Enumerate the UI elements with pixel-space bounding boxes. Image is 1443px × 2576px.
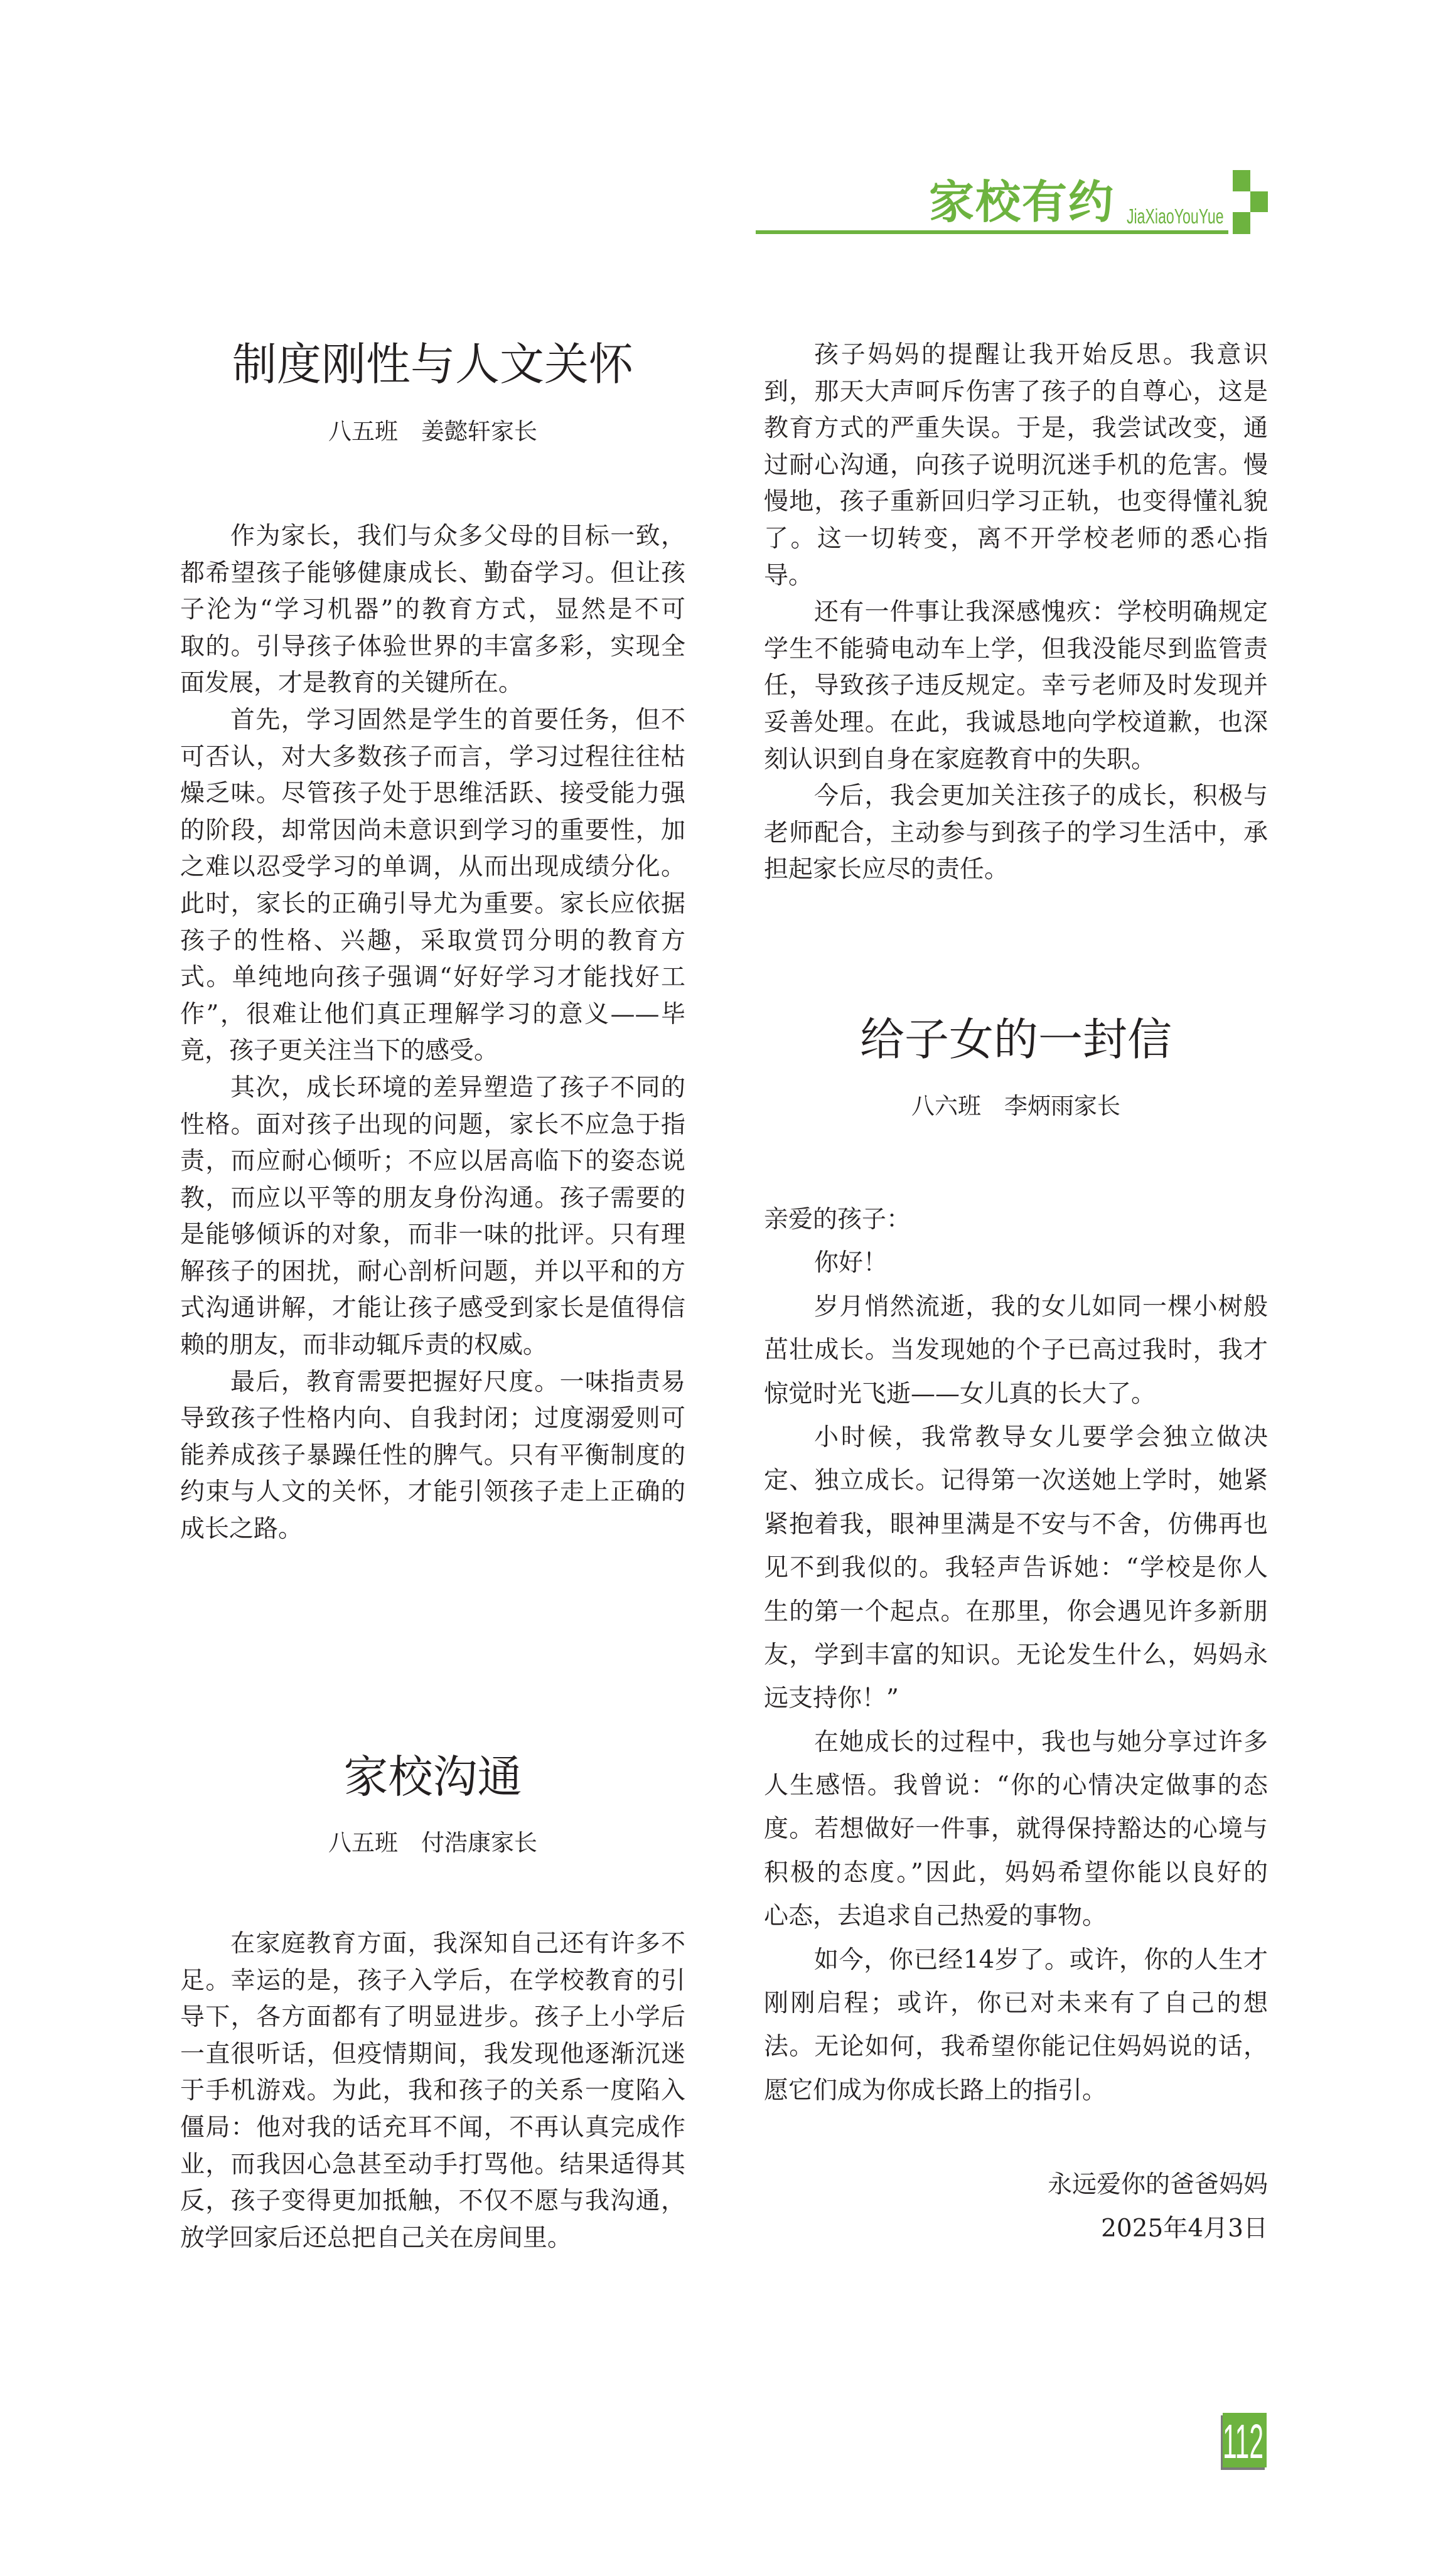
body-line: 僵局：他对我的话充耳不闻，不再认真完成作 bbox=[180, 2110, 685, 2147]
body-line: 最后，教育需要把握好尺度。一味指责易 bbox=[180, 1364, 685, 1401]
body-line: 作”，很难让他们真正理解学习的意义——毕 bbox=[180, 997, 685, 1034]
body-line: 生的第一个起点。在那里，你会遇见许多新朋 bbox=[764, 1590, 1268, 1633]
body-line: 如今，你已经14岁了。或许，你的人生才 bbox=[764, 1938, 1268, 1982]
paragraph: 今后，我会更加关注孩子的成长，积极与 老师配合，主动参与到孩子的学习生活中，承 … bbox=[764, 778, 1268, 889]
body-line: 愿它们成为你成长路上的指引。 bbox=[764, 2069, 1268, 2112]
page-number: 112 bbox=[1223, 2415, 1265, 2467]
header-rule bbox=[756, 230, 1228, 234]
body-line: 茁壮成长。当发现她的个子已高过我时，我才 bbox=[764, 1328, 1268, 1372]
body-line: 积极的态度。”因此，妈妈希望你能以良好的 bbox=[764, 1851, 1268, 1895]
body-line: 学生不能骑电动车上学，但我没能尽到监管责 bbox=[764, 631, 1268, 668]
body-line: 性格。面对孩子出现的问题，家长不应急于指 bbox=[180, 1107, 685, 1144]
body-line: 足。幸运的是，孩子入学后，在学校教育的引 bbox=[180, 1963, 685, 2000]
body-line: 友，学到丰富的知识。无论发生什么，妈妈永 bbox=[764, 1633, 1268, 1677]
body-line: 的阶段，却常因尚未意识到学习的重要性，加 bbox=[180, 813, 685, 850]
paragraph: 在她成长的过程中，我也与她分享过许多 人生感悟。我曾说：“你的心情决定做事的态 … bbox=[764, 1721, 1268, 1938]
body-line: 其次，成长环境的差异塑造了孩子不同的 bbox=[180, 1070, 685, 1107]
body-line: 教育方式的严重失误。于是，我尝试改变，通 bbox=[764, 410, 1268, 447]
body-line: 慢地，孩子重新回归学习正轨，也变得懂礼貌 bbox=[764, 484, 1268, 521]
body-line: 于手机游戏。为此，我和孩子的关系一度陷入 bbox=[180, 2073, 685, 2110]
article-byline: 八六班 李炳雨家长 bbox=[764, 1091, 1268, 1122]
page-number-badge: 112 bbox=[1223, 2413, 1267, 2467]
body-line: 老师配合，主动参与到孩子的学习生活中，承 bbox=[764, 815, 1268, 852]
article-byline: 八五班 付浩康家长 bbox=[180, 1827, 685, 1859]
body-line: 约束与人文的关怀，才能引领孩子走上正确的 bbox=[180, 1474, 685, 1511]
article-title: 家校沟通 bbox=[180, 1749, 685, 1805]
section-title: 家校有约 bbox=[929, 176, 1115, 228]
body-line: 式沟通讲解，才能让孩子感受到家长是值得信 bbox=[180, 1290, 685, 1327]
paragraph: 如今，你已经14岁了。或许，你的人生才 刚刚启程；或许，你已对未来有了自己的想 … bbox=[764, 1938, 1268, 2113]
body-line: 今后，我会更加关注孩子的成长，积极与 bbox=[764, 778, 1268, 815]
body-line: 教，而应以平等的朋友身份沟通。孩子需要的 bbox=[180, 1180, 685, 1217]
article-body: 在家庭教育方面，我深知自己还有许多不 足。幸运的是，孩子入学后，在学校教育的引 … bbox=[180, 1926, 685, 2257]
body-line: 业，而我因心急甚至动手打骂他。结果适得其 bbox=[180, 2147, 685, 2184]
body-line: 导致孩子性格内向、自我封闭；过度溺爱则可 bbox=[180, 1401, 685, 1438]
decor-square-icon bbox=[1233, 170, 1250, 191]
letter-greeting: 你好！ bbox=[764, 1241, 1268, 1285]
body-line: 首先，学习固然是学生的首要任务，但不 bbox=[180, 702, 685, 739]
body-line: 孩子妈妈的提醒让我开始反思。我意识 bbox=[764, 337, 1268, 374]
body-line: 一直很听话，但疫情期间，我发现他逐渐沉迷 bbox=[180, 2036, 685, 2073]
paragraph: 孩子妈妈的提醒让我开始反思。我意识 到，那天大声呵斥伤害了孩子的自尊心，这是 教… bbox=[764, 337, 1268, 594]
body-line: 妥善处理。在此，我诚恳地向学校道歉，也深 bbox=[764, 705, 1268, 742]
body-line: 反，孩子变得更加抵触，不仅不愿与我沟通， bbox=[180, 2183, 685, 2220]
body-line: 燥乏味。尽管孩子处于思维活跃、接受能力强 bbox=[180, 776, 685, 813]
article-body-continued: 孩子妈妈的提醒让我开始反思。我意识 到，那天大声呵斥伤害了孩子的自尊心，这是 教… bbox=[764, 337, 1268, 889]
body-line: 是能够倾诉的对象，而非一味的批评。只有理 bbox=[180, 1217, 685, 1254]
body-line: 都希望孩子能够健康成长、勤奋学习。但让孩 bbox=[180, 555, 685, 592]
body-line: 担起家长应尽的责任。 bbox=[764, 852, 1268, 889]
body-line: 度。若想做好一件事，就得保持豁达的心境与 bbox=[764, 1807, 1268, 1851]
paragraph: 小时候，我常教导女儿要学会独立做决 定、独立成长。记得第一次送她上学时，她紧 紧… bbox=[764, 1416, 1268, 1721]
body-line: 远支持你！” bbox=[764, 1677, 1268, 1720]
body-line: 心态，去追求自己热爱的事物。 bbox=[764, 1895, 1268, 1938]
paragraph: 首先，学习固然是学生的首要任务，但不 可否认，对大多数孩子而言，学习过程往往枯 … bbox=[180, 702, 685, 1070]
body-line: 此时，家长的正确引导尤为重要。家长应依据 bbox=[180, 886, 685, 923]
body-line: 责，而应耐心倾听；不应以居高临下的姿态说 bbox=[180, 1143, 685, 1180]
body-line: 过耐心沟通，向孩子说明沉迷手机的危害。慢 bbox=[764, 447, 1268, 484]
paragraph: 其次，成长环境的差异塑造了孩子不同的 性格。面对孩子出现的问题，家长不应急于指 … bbox=[180, 1070, 685, 1364]
body-line: 人生感悟。我曾说：“你的心情决定做事的态 bbox=[764, 1764, 1268, 1807]
body-line: 任，导致孩子违反规定。幸亏老师及时发现并 bbox=[764, 668, 1268, 705]
body-line: 导下，各方面都有了明显进步。孩子上小学后 bbox=[180, 1999, 685, 2036]
body-line: 之难以忍受学习的单调，从而出现成绩分化。 bbox=[180, 849, 685, 886]
decor-square-icon bbox=[1250, 191, 1268, 212]
body-line: 成长之路。 bbox=[180, 1511, 685, 1548]
paragraph: 你好！ bbox=[764, 1241, 1268, 1285]
decor-square-icon bbox=[1233, 212, 1250, 234]
paragraph: 作为家长，我们与众多父母的目标一致， 都希望孩子能够健康成长、勤奋学习。但让孩 … bbox=[180, 518, 685, 702]
body-line: 取的。引导孩子体验世界的丰富多彩，实现全 bbox=[180, 629, 685, 666]
letter-date: 2025年4月3日 bbox=[764, 2207, 1268, 2251]
section-pinyin: JiaXiaoYouYue bbox=[1127, 206, 1224, 227]
paragraph: 还有一件事让我深感愧疚：学校明确规定 学生不能骑电动车上学，但我没能尽到监管责 … bbox=[764, 594, 1268, 778]
letter-closing: 永远爱你的爸爸妈妈 2025年4月3日 bbox=[764, 2163, 1268, 2251]
body-line: 惊觉时光飞逝——女儿真的长大了。 bbox=[764, 1372, 1268, 1416]
body-line: 定、独立成长。记得第一次送她上学时，她紧 bbox=[764, 1459, 1268, 1502]
body-line: 刚刚启程；或许，你已对未来有了自己的想 bbox=[764, 1982, 1268, 2025]
paragraph: 最后，教育需要把握好尺度。一味指责易 导致孩子性格内向、自我封闭；过度溺爱则可 … bbox=[180, 1364, 685, 1548]
body-line: 还有一件事让我深感愧疚：学校明确规定 bbox=[764, 594, 1268, 631]
body-line: 刻认识到自身在家庭教育中的失职。 bbox=[764, 742, 1268, 779]
body-line: 孩子的性格、兴趣，采取赏罚分明的教育方 bbox=[180, 923, 685, 960]
body-line: 了。这一切转变，离不开学校老师的悉心指 bbox=[764, 521, 1268, 558]
article-title: 制度刚性与人文关怀 bbox=[180, 336, 685, 393]
body-line: 法。无论如何，我希望你能记住妈妈说的话， bbox=[764, 2025, 1268, 2068]
article-title: 给子女的一封信 bbox=[764, 1012, 1268, 1068]
letter-body: 亲爱的孩子： 你好！ 岁月悄然流逝，我的女儿如同一棵小树般 茁壮成长。当发现她的… bbox=[764, 1198, 1268, 2112]
body-line: 在家庭教育方面，我深知自己还有许多不 bbox=[180, 1926, 685, 1963]
body-line: 小时候，我常教导女儿要学会独立做决 bbox=[764, 1416, 1268, 1459]
body-line: 式。单纯地向孩子强调“好好学习才能找好工 bbox=[180, 959, 685, 997]
paragraph: 在家庭教育方面，我深知自己还有许多不 足。幸运的是，孩子入学后，在学校教育的引 … bbox=[180, 1926, 685, 2257]
body-line: 能养成孩子暴躁任性的脾气。只有平衡制度的 bbox=[180, 1438, 685, 1475]
body-line: 在她成长的过程中，我也与她分享过许多 bbox=[764, 1721, 1268, 1764]
body-line: 见不到我似的。我轻声告诉她：“学校是你人 bbox=[764, 1546, 1268, 1590]
body-line: 放学回家后还总把自己关在房间里。 bbox=[180, 2220, 685, 2257]
article-byline: 八五班 姜懿轩家长 bbox=[180, 416, 685, 447]
body-line: 竟，孩子更关注当下的感受。 bbox=[180, 1033, 685, 1070]
letter-salutation: 亲爱的孩子： bbox=[764, 1198, 1268, 1241]
body-line: 子沦为“学习机器”的教育方式，显然是不可 bbox=[180, 592, 685, 629]
body-line: 岁月悄然流逝，我的女儿如同一棵小树般 bbox=[764, 1285, 1268, 1328]
body-line: 面发展，才是教育的关键所在。 bbox=[180, 665, 685, 702]
body-line: 赖的朋友，而非动辄斥责的权威。 bbox=[180, 1327, 685, 1364]
article-body: 作为家长，我们与众多父母的目标一致， 都希望孩子能够健康成长、勤奋学习。但让孩 … bbox=[180, 518, 685, 1548]
body-line: 解孩子的困扰，耐心剖析问题，并以平和的方 bbox=[180, 1254, 685, 1291]
letter-signature: 永远爱你的爸爸妈妈 bbox=[764, 2163, 1268, 2207]
body-line: 作为家长，我们与众多父母的目标一致， bbox=[180, 518, 685, 555]
body-line: 导。 bbox=[764, 558, 1268, 595]
body-line: 到，那天大声呵斥伤害了孩子的自尊心，这是 bbox=[764, 374, 1268, 411]
paragraph: 岁月悄然流逝，我的女儿如同一棵小树般 茁壮成长。当发现她的个子已高过我时，我才 … bbox=[764, 1285, 1268, 1416]
body-line: 紧抱着我，眼神里满是不安与不舍，仿佛再也 bbox=[764, 1503, 1268, 1546]
body-line: 可否认，对大多数孩子而言，学习过程往往枯 bbox=[180, 739, 685, 776]
